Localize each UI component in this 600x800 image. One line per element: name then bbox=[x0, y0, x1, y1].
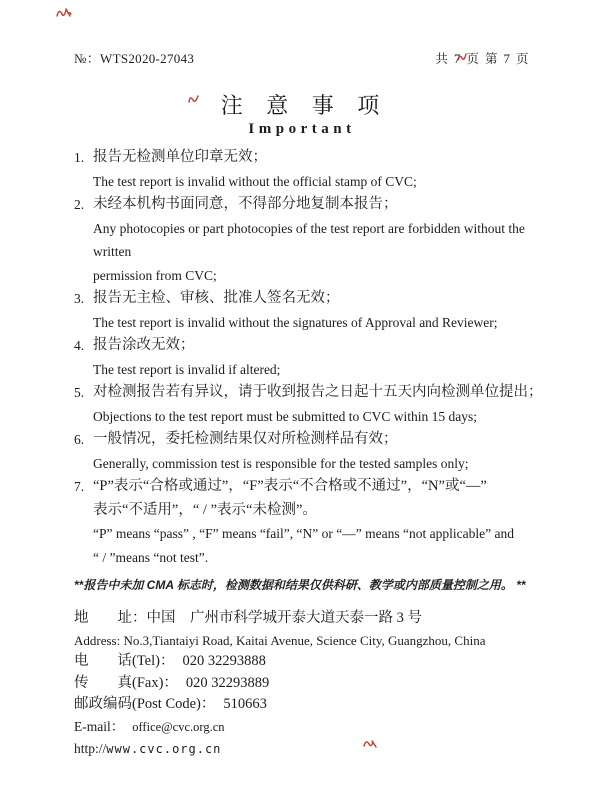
contact-block: 地 址：中国 广州市科学城开泰大道天泰一路 3 号 Address: No.3,… bbox=[74, 608, 560, 761]
report-number: №：WTS2020-27043 bbox=[74, 48, 194, 67]
note-text-en: The test report is invalid without the o… bbox=[74, 170, 548, 194]
note-number: 6. bbox=[74, 428, 93, 452]
note-item: 7.“P”表示“合格或通过”，“F”表示“不合格或不通过”，“N”或“—” 表示… bbox=[74, 475, 548, 569]
note-number: 5. bbox=[74, 381, 93, 405]
postcode-label: 邮政编码(Post Code)： bbox=[74, 696, 215, 712]
page-header: №：WTS2020-27043 共 7 页 第 7 页 bbox=[0, 0, 600, 67]
note-number: 1. bbox=[74, 146, 93, 170]
cma-disclaimer: **报告中未加 CMA 标志时，检测数据和结果仅供科研、教学或内部质量控制之用。… bbox=[74, 576, 560, 593]
note-text-zh: 未经本机构书面同意，不得部分地复制本报告； bbox=[93, 193, 398, 217]
address-line-en: Address: No.3,Tiantaiyi Road, Kaitai Ave… bbox=[74, 630, 560, 652]
document-page: { "header": { "report_no": "№：WTS2020-27… bbox=[0, 0, 600, 800]
note-item: 1.报告无检测单位印章无效； The test report is invali… bbox=[74, 146, 548, 193]
note-text-en: “P” means “pass” , “F” means “fail”, “N”… bbox=[74, 522, 548, 546]
tel-value: 020 32293888 bbox=[182, 653, 265, 669]
note-text-en: “ / ”means “not test”. bbox=[74, 546, 548, 570]
red-ink-mark bbox=[55, 5, 72, 21]
note-item: 6.一般情况，委托检测结果仅对所检测样品有效； Generally, commi… bbox=[74, 428, 548, 475]
note-text-zh: 一般情况，委托检测结果仅对所检测样品有效； bbox=[93, 428, 398, 452]
postcode-line: 邮政编码(Post Code)：510663 bbox=[74, 694, 560, 716]
note-text-en: permission from CVC; bbox=[74, 264, 548, 288]
email-value: office@cvc.org.cn bbox=[132, 720, 224, 734]
note-text-en: The test report is invalid if altered; bbox=[74, 358, 548, 382]
red-ink-mark bbox=[187, 91, 200, 105]
note-number: 4. bbox=[74, 334, 93, 358]
red-ink-mark bbox=[456, 50, 469, 64]
page-title-en: Important bbox=[0, 121, 600, 138]
note-text-zh: 表示“不适用”，“ / ”表示“未检测”。 bbox=[74, 499, 548, 523]
fax-line: 传 真(Fax)：020 32293889 bbox=[74, 673, 560, 695]
notes-list: 1.报告无检测单位印章无效； The test report is invali… bbox=[74, 146, 548, 569]
note-number: 7. bbox=[74, 475, 93, 499]
note-text-en: Any photocopies or part photocopies of t… bbox=[74, 217, 548, 264]
tel-label: 电 话(Tel)： bbox=[74, 653, 174, 669]
red-ink-mark bbox=[362, 736, 378, 751]
address-label: 地 址： bbox=[74, 610, 147, 626]
website-line: http://www.cvc.org.cn bbox=[74, 738, 560, 761]
note-text-zh: 对检测报告若有异议，请于收到报告之日起十五天内向检测单位提出； bbox=[93, 381, 543, 405]
address-line-zh: 地 址：中国 广州市科学城开泰大道天泰一路 3 号 bbox=[74, 608, 560, 630]
url-prefix: http:// bbox=[74, 741, 106, 756]
note-text-en: Generally, commission test is responsibl… bbox=[74, 452, 548, 476]
page-count: 共 7 页 第 7 页 bbox=[435, 49, 530, 67]
email-line: E-mail：office@cvc.org.cn bbox=[74, 716, 560, 739]
note-text-zh: 报告无检测单位印章无效； bbox=[93, 146, 267, 170]
email-label: E-mail： bbox=[74, 719, 124, 734]
note-item: 5.对检测报告若有异议，请于收到报告之日起十五天内向检测单位提出； Object… bbox=[74, 381, 548, 428]
url-value: www.cvc.org.cn bbox=[106, 742, 221, 756]
note-item: 3.报告无主检、审核、批准人签名无效； The test report is i… bbox=[74, 287, 548, 334]
page-title-zh: 注 意 事 项 bbox=[0, 89, 600, 120]
note-item: 4.报告涂改无效； The test report is invalid if … bbox=[74, 334, 548, 381]
address-value: 中国 广州市科学城开泰大道天泰一路 3 号 bbox=[147, 610, 423, 626]
postcode-value: 510663 bbox=[223, 696, 267, 712]
fax-value: 020 32293889 bbox=[186, 675, 269, 691]
note-text-zh: 报告无主检、审核、批准人签名无效； bbox=[93, 287, 340, 311]
note-item: 2.未经本机构书面同意，不得部分地复制本报告； Any photocopies … bbox=[74, 193, 548, 287]
note-text-zh: 报告涂改无效； bbox=[93, 334, 195, 358]
fax-label: 传 真(Fax)： bbox=[74, 675, 178, 691]
tel-line: 电 话(Tel)：020 32293888 bbox=[74, 651, 560, 673]
note-text-en: Objections to the test report must be su… bbox=[74, 405, 548, 429]
note-text-zh: “P”表示“合格或通过”，“F”表示“不合格或不通过”，“N”或“—” bbox=[93, 475, 487, 499]
note-text-en: The test report is invalid without the s… bbox=[74, 311, 548, 335]
note-number: 2. bbox=[74, 193, 93, 217]
note-number: 3. bbox=[74, 287, 93, 311]
